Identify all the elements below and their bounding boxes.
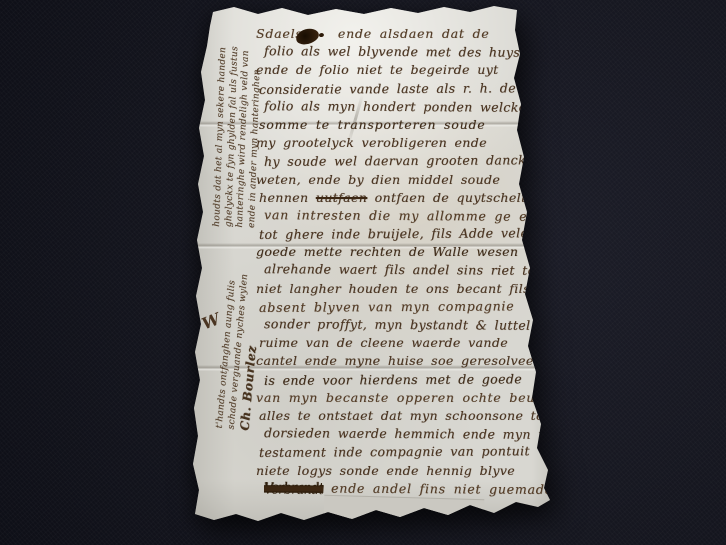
pen-mark: W <box>199 310 222 334</box>
handwriting-line: dorsieden waerde hemmich ende myn intet <box>264 425 550 445</box>
handwriting-line: niet langher houden te ons becant fils <box>256 281 550 299</box>
photo-background: houdts dat het al myn sekere handenghely… <box>0 0 726 545</box>
handwriting-line: folio als wel blyvende met des huyse <box>264 43 550 63</box>
handwriting-line: ruime van de cleene waerde vande <box>259 335 550 353</box>
handwriting-line: hennen uutfaen ontfaen de quytschelt <box>259 190 550 208</box>
manuscript-paper: houdts dat het al myn sekere handenghely… <box>186 2 558 526</box>
handwriting-line: van myn becanste opperen ochte beuriel <box>256 390 550 408</box>
handwriting-line: somme te transporteren soude <box>259 117 550 135</box>
handwriting-line: Verbrandt ende andel fins niet guemadeli… <box>264 480 550 500</box>
handwriting-line: van intresten die my allomme ge ende <box>264 207 550 227</box>
handwriting-line: ende de folio niet te begeirde uyt <box>256 62 550 80</box>
handwriting-line: niete logys sonde ende hennig blyve <box>256 463 550 481</box>
struck-word: uutfaen <box>316 190 367 205</box>
handwriting-line: tot ghere inde bruijele, fils Adde vele <box>259 225 550 245</box>
handwriting-line: folio als myn hondert ponden welcke <box>264 98 550 118</box>
handwriting-line: my grootelyck verobligeren ende <box>256 135 550 153</box>
handwriting-line: weten, ende by dien middel soude <box>256 172 550 190</box>
handwriting-line: goede mette rechten de Walle wesen <box>256 244 550 262</box>
handwriting-line: consideratie vande laste als r. h. de <box>259 80 550 100</box>
handwriting-line: alrehande waert fils andel sins riet tot <box>264 262 550 282</box>
handwriting-line: testament inde compagnie van pontuit <box>259 443 550 463</box>
handwriting-line: alles te ontstaet dat myn schoonsone tot <box>259 408 550 426</box>
handwriting-body: Sdaels ende alsdaen dat defolio als wel … <box>256 26 550 499</box>
handwriting-line: is ende voor hierdens met de goede <box>264 371 550 391</box>
paper-shadow-wrapper: houdts dat het al myn sekere handenghely… <box>186 2 558 526</box>
handwriting-line: absent blyven van myn compagnie <box>259 298 550 318</box>
handwriting-line: cantel ende myne huise soe geresolveert <box>256 353 550 371</box>
handwriting-line: hy soude wel daervan grooten danck <box>264 152 550 172</box>
handwriting-line: sonder proffyt, myn bystandt & luttel <box>264 316 550 336</box>
struck-word: Verbrandt <box>264 480 323 495</box>
